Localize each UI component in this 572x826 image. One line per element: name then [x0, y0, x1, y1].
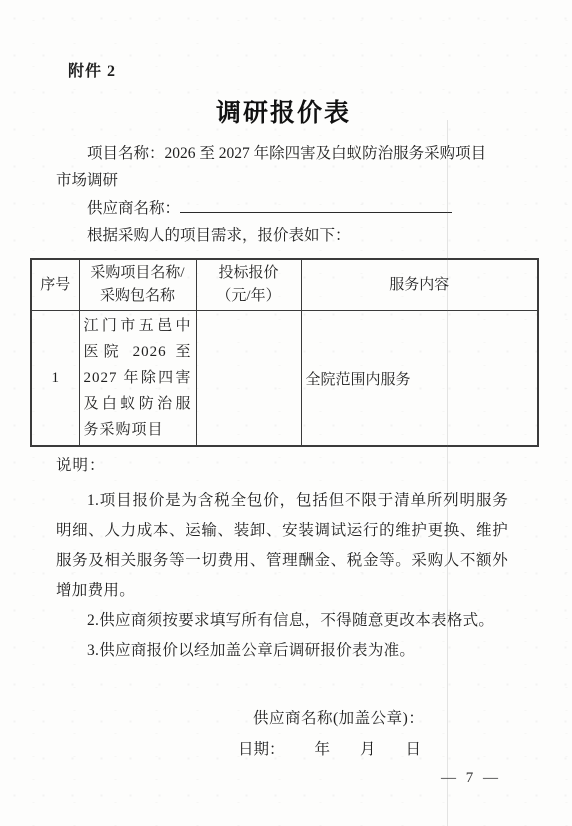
date-line: 日期：年月日 [238, 736, 537, 763]
date-year-label: 年 [315, 741, 331, 758]
cell-seq: 1 [31, 311, 79, 447]
cell-project-name: 江门市五邑中医院 2026 至 2027 年除四害及白蚁防治服务采购项目 [79, 311, 196, 447]
supplier-name-blank [180, 198, 452, 213]
header-seq: 序号 [31, 259, 79, 311]
header-service-content: 服务内容 [301, 259, 538, 311]
header-project-name: 采购项目名称/采购包名称 [79, 259, 196, 311]
page-number: — 7 — [441, 770, 501, 787]
table-header-row: 序号 采购项目名称/采购包名称 投标报价 （元/年） 服务内容 [31, 259, 538, 311]
notes-label: 说明： [56, 453, 537, 479]
quote-table: 序号 采购项目名称/采购包名称 投标报价 （元/年） 服务内容 1 江门市五邑中… [30, 258, 539, 447]
supplier-seal-line: 供应商名称(加盖公章)： [253, 705, 537, 732]
supplier-name-row: 供应商名称： [56, 195, 508, 222]
intro-line: 根据采购人的项目需求，报价表如下： [56, 222, 508, 249]
date-day-label: 日 [406, 741, 422, 758]
cell-bid-price-blank [196, 311, 301, 447]
project-name-line: 项目名称：2026 至 2027 年除四害及白蚁防治服务采购项目 市场调研 [56, 140, 508, 194]
date-month-label: 月 [360, 741, 376, 758]
note-item-2: 2.供应商须按要求填写所有信息，不得随意更改本表格式。 [56, 606, 508, 636]
header-bid-price: 投标报价 （元/年） [196, 259, 301, 311]
table-row: 1 江门市五邑中医院 2026 至 2027 年除四害及白蚁防治服务采购项目 全… [31, 311, 538, 447]
note-item-3: 3.供应商报价以经加盖公章后调研报价表为准。 [56, 636, 508, 666]
page-title: 调研报价表 [30, 93, 537, 129]
scan-fold-artifact [447, 120, 448, 826]
date-label: 日期： [238, 741, 285, 758]
cell-service-content: 全院范围内服务 [301, 311, 538, 447]
document-page: 附件 2 调研报价表 项目名称：2026 至 2027 年除四害及白蚁防治服务采… [0, 0, 572, 826]
supplier-name-label: 供应商名称： [87, 200, 180, 217]
attachment-label: 附件 2 [68, 58, 537, 81]
note-item-1: 1.项目报价是为含税全包价，包括但不限于清单所列明服务明细、人力成本、运输、装卸… [56, 486, 508, 606]
